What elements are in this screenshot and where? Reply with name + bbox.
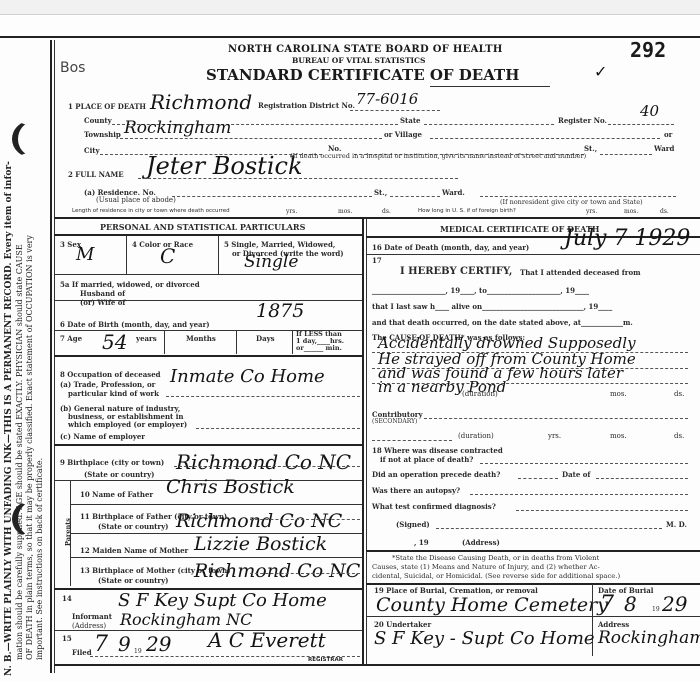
length-ds: ds. [382, 208, 391, 215]
mother-birthplace-sub: (State or country) [98, 576, 168, 585]
duration2-yrs: yrs. [548, 432, 561, 440]
divider [70, 557, 362, 558]
operation-date-line [596, 478, 688, 479]
death-occurred-line: and that death occurred, on the date sta… [372, 318, 633, 327]
village-label: or Village [384, 130, 422, 139]
duration2-line [372, 440, 452, 441]
full-name-line [138, 178, 458, 179]
county-label: County [84, 116, 112, 125]
age-label: 7 Age [60, 334, 82, 343]
margin-instructions-line3: OF DEATH in plain terms, so that it may … [25, 235, 35, 660]
register-label: Register No. [558, 116, 607, 125]
father-birthplace-value: Richmond Co NC [176, 510, 342, 532]
operation-line [518, 478, 558, 479]
certify-bold: I HEREBY CERTIFY, [400, 266, 512, 277]
foreign-ds: ds. [660, 208, 669, 215]
burial-year: 29 [662, 592, 687, 616]
footnote-line-1: *State the Disease Causing Death, or in … [392, 554, 599, 562]
page-title: STANDARD CERTIFICATE OF DEATH [206, 66, 519, 84]
cell-divider [236, 330, 237, 354]
autopsy-line [470, 494, 688, 495]
duration2-mos: mos. [610, 432, 627, 440]
burial-19: 19 [652, 606, 660, 613]
margin-note: Bos [60, 60, 85, 76]
residence-nonres-line [480, 196, 676, 197]
operation-date-label: Date of [562, 470, 590, 479]
mother-label: 12 Maiden Name of Mother [80, 546, 188, 555]
margin-instructions-line4: important. See instructions on back of c… [35, 458, 45, 660]
informant-address-value: Rockingham NC [120, 610, 252, 629]
birthplace-label: 9 Birthplace (city or town) [60, 458, 164, 467]
footnote-line-3: cidental, Suicidal, or Homicidal. (See r… [372, 572, 620, 580]
residence-ward-line [390, 196, 440, 197]
residence-line [172, 196, 372, 197]
full-name-value: Jeter Bostick [146, 152, 302, 180]
register-value: 40 [640, 102, 659, 120]
contracted-label: 18 Where was disease contracted [372, 446, 503, 455]
margin-instructions-line1: N. B.—WRITE PLAINLY WITH UNFADING INK—TH… [4, 161, 14, 676]
filed-number: 15 [62, 634, 72, 643]
bottom-border [54, 664, 700, 666]
township-value: Rockingham [124, 118, 231, 138]
contracted-line [480, 463, 688, 464]
divider [366, 550, 700, 552]
stamp-number: 292 [630, 38, 666, 62]
margin-instructions-line2: mation should be carefully supplied. AGE… [15, 244, 25, 660]
filed-day: 9 [118, 632, 131, 656]
column-divider [362, 218, 364, 664]
residence-ward-label: Ward. [442, 188, 465, 197]
divider [70, 504, 362, 505]
burial-day: 8 [624, 592, 637, 616]
last-saw-line: that I last saw h____ alive on__________… [372, 302, 612, 311]
divider [54, 234, 362, 236]
occupation-value: Inmate Co Home [170, 366, 325, 387]
divider [54, 444, 362, 446]
scan-edge [0, 0, 700, 15]
spouse-label-2: Husband of [80, 289, 125, 298]
attended-dates-line: _____________________, 19____, to_______… [372, 286, 589, 295]
board-title: NORTH CAROLINA STATE BOARD OF HEALTH [228, 44, 503, 55]
undertaker-address-value: Rockingham [598, 628, 700, 648]
divider [54, 274, 362, 275]
residence-sub: (Usual place of abode) [96, 196, 176, 204]
dob-label: 6 Date of Birth (month, day, and year) [60, 320, 210, 329]
full-name-label: 2 FULL NAME [68, 170, 124, 179]
operation-label: Did an operation precede death? [372, 470, 500, 479]
md-label: M. D. [666, 520, 687, 529]
divider [366, 583, 700, 585]
cell-divider [126, 236, 127, 274]
city-label: City [84, 146, 100, 155]
birthplace-value: Richmond Co NC [176, 450, 351, 474]
registrar-label: REGISTRAR [308, 657, 343, 663]
occupation-line [166, 396, 360, 397]
township-line [120, 138, 382, 139]
mother-value: Lizzie Bostick [194, 533, 327, 555]
duration2-label: (duration) [458, 432, 494, 440]
duration-ds: ds. [674, 390, 684, 398]
less-than-min: or______ min. [296, 344, 342, 352]
column-divider-inner [366, 218, 367, 664]
cell-divider [292, 330, 293, 354]
occupation-b-label-3: which employed (or employer) [68, 420, 187, 429]
village-line [430, 138, 660, 139]
check-mark: ✓ [594, 62, 607, 81]
autopsy-label: Was there an autopsy? [372, 486, 460, 495]
secondary-label: (SECONDARY) [372, 418, 417, 425]
filed-year: 29 [146, 632, 171, 656]
informant-number: 14 [62, 594, 72, 603]
spouse-label: 5a If married, widowed, or divorced [60, 280, 200, 289]
birthplace-sub: (State or country) [84, 470, 154, 479]
race-value: C [160, 244, 175, 268]
residence-st-label: St., [374, 188, 387, 197]
length-yrs: yrs. [286, 208, 297, 215]
cell-divider [164, 330, 165, 354]
length-mos: mos. [338, 208, 352, 215]
mother-birthplace-line [250, 573, 360, 574]
ward-label: Ward [654, 144, 674, 153]
certify-rest: That I attended deceased from [520, 268, 641, 277]
filed-label: Filed [72, 648, 92, 657]
ward-line [600, 154, 652, 155]
item-17: 17 [372, 256, 382, 265]
informant-value: S F Key Supt Co Home [118, 590, 327, 611]
age-value: 54 [102, 330, 127, 354]
reg-district-value: 77-6016 [356, 90, 418, 108]
occupation-c-label: (c) Name of employer [60, 432, 145, 441]
state-line [424, 124, 554, 125]
foreign-birth-label: How long in U. S. if of foreign birth? [418, 208, 516, 214]
divider [366, 616, 700, 617]
mother-birthplace-value: Richmond Co NC [194, 560, 360, 582]
punch-hole-mark [12, 120, 54, 158]
title-underline [430, 86, 550, 87]
divider [54, 355, 362, 357]
length-of-residence-label: Length of residence in city or town wher… [72, 208, 230, 214]
sex-value: M [76, 244, 94, 265]
reg-district-label: Registration District No. [258, 101, 355, 110]
signed-address-label: (Address) [462, 538, 500, 547]
duration2-ds: ds. [674, 432, 684, 440]
test-line [516, 510, 688, 511]
marital-label: 5 Single, Married, Widowed, [224, 240, 335, 249]
burial-month: 7 [600, 592, 614, 617]
filed-19: 19 [134, 648, 142, 655]
duration-mos: mos. [610, 390, 627, 398]
or-label: or [664, 130, 672, 139]
state-label: State [400, 116, 421, 125]
punch-hole-mark [12, 500, 54, 538]
marital-value: Single [244, 252, 298, 272]
duration-label: (duration) [462, 390, 498, 398]
filed-month: 7 [94, 632, 108, 657]
father-birthplace-sub: (State or country) [98, 522, 168, 531]
foreign-mos: mos. [624, 208, 638, 215]
left-form-border [50, 40, 52, 673]
reg-district-line [350, 110, 440, 111]
divider [54, 217, 700, 219]
signed-label: (Signed) [396, 520, 430, 529]
top-border [0, 36, 700, 38]
signed-date-19: , 19 [414, 538, 429, 547]
test-label: What test confirmed diagnosis? [372, 502, 496, 511]
divider [366, 254, 700, 255]
personal-section-title: PERSONAL AND STATISTICAL PARTICULARS [100, 222, 305, 232]
birthplace-line [174, 466, 360, 467]
burial-value: County Home Cemetery [376, 594, 608, 616]
bureau-title: BUREAU OF VITAL STATISTICS [292, 56, 425, 65]
foreign-yrs: yrs. [586, 208, 597, 215]
contracted-label-2: if not at place of death? [380, 455, 473, 464]
dod-value: July 7 1929 [564, 226, 690, 251]
register-line [608, 124, 674, 125]
footnote-line-2: Causes, state (1) Means and Nature of In… [372, 563, 600, 571]
township-label: Township [84, 130, 121, 139]
place-of-death-label: 1 PLACE OF DEATH [68, 102, 146, 111]
father-label: 10 Name of Father [80, 490, 153, 499]
hospital-note: (If death occurred in a hospital or inst… [290, 152, 586, 160]
father-birthplace-line [250, 519, 360, 520]
employer-line [196, 428, 360, 429]
months-label: Months [186, 334, 216, 343]
dod-label: 16 Date of Death (month, day, and year) [372, 243, 529, 252]
county-value: Richmond [150, 90, 252, 114]
nonresident-note: (If nonresident give city or town and St… [500, 198, 643, 206]
undertaker-value: S F Key - Supt Co Home [374, 628, 595, 649]
dob-value: 1875 [256, 300, 304, 322]
years-label: years [136, 334, 157, 343]
cell-divider [218, 236, 219, 274]
registrar-signature: A C Everett [208, 628, 326, 652]
father-value: Chris Bostick [166, 476, 295, 498]
informant-label: Informant [72, 612, 112, 621]
days-label: Days [256, 334, 275, 343]
divider [54, 300, 362, 301]
occupation-label: 8 Occupation of deceased [60, 370, 161, 379]
contributory-line [424, 418, 688, 419]
informant-address-label: (Address) [72, 622, 106, 630]
occupation-a-label-2: particular kind of work [68, 389, 159, 398]
occupation-a-label: (a) Trade, Profession, or [60, 380, 155, 389]
signed-line [436, 528, 662, 529]
